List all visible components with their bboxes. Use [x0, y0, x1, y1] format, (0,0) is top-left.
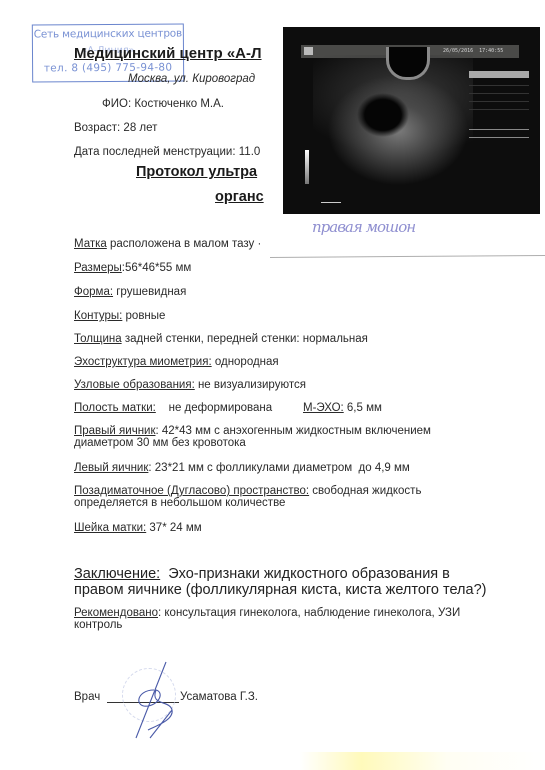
- recommendation-text: : консультация гинеколога, наблюдение ги…: [158, 607, 460, 619]
- divider-line: [270, 255, 545, 258]
- scan-highlight-artifact: [300, 752, 545, 770]
- stamp-line-1: Сеть медицинских центров: [33, 27, 183, 40]
- finding-text-cont: определяется в небольшом количестве: [74, 497, 285, 509]
- finding-right-ovary: Правый яичник: 42*43 мм с анэхогенным жи…: [74, 425, 431, 449]
- handwritten-note: правая мошон: [312, 218, 415, 236]
- ultrasound-measure-1: [469, 122, 529, 130]
- finding-text: : 23*21 мм с фолликулами диаметром до 4,…: [148, 462, 409, 474]
- doctor-label: Врач: [74, 691, 100, 703]
- finding-cervix: Шейка матки: 37* 24 мм: [74, 522, 202, 534]
- finding-uterus: Матка расположена в малом тазу ·: [74, 238, 261, 250]
- finding-text: :56*46*55 мм: [122, 262, 192, 274]
- recommendation-text-cont: контроль: [74, 619, 122, 631]
- finding-shape: Форма: грушевидная: [74, 286, 186, 298]
- patient-name-row: ФИО: Костюченко М.А.: [102, 98, 224, 110]
- finding-label: Форма:: [74, 286, 113, 298]
- patient-name-label: ФИО:: [102, 98, 131, 110]
- recommendation: Рекомендовано: консультация гинеколога, …: [74, 607, 460, 631]
- finding-size: Размеры:56*46*55 мм: [74, 262, 191, 274]
- ultrasound-menu-item: [469, 102, 529, 110]
- clinic-address: Москва, ул. Кировоград: [128, 73, 255, 85]
- ultrasound-grayscale-bar: [305, 150, 309, 184]
- finding-label: Полость матки:: [74, 402, 156, 414]
- m-echo-value: 6,5 мм: [344, 402, 382, 414]
- finding-label: Контуры:: [74, 310, 122, 322]
- finding-label: Левый яичник: [74, 462, 148, 474]
- finding-label: Матка: [74, 238, 107, 250]
- finding-label: Узловые образования:: [74, 379, 195, 391]
- ultrasound-menu-item: [469, 86, 529, 94]
- patient-lmp-label: Дата последней менструации:: [74, 146, 236, 158]
- recommendation-label: Рекомендовано: [74, 607, 158, 619]
- finding-label: Шейка матки:: [74, 522, 146, 534]
- finding-text: : 42*43 мм с анэхогенным жидкостным вклю…: [156, 425, 431, 437]
- conclusion-label: Заключение:: [74, 566, 160, 582]
- ultrasound-image: 26/05/2016 17:40:55: [283, 27, 540, 214]
- finding-left-ovary: Левый яичник: 23*21 мм с фолликулами диа…: [74, 462, 410, 474]
- finding-text: не деформирована: [156, 402, 272, 414]
- finding-text: свободная жидкость: [309, 485, 421, 497]
- patient-lmp-row: Дата последней менструации: 11.0: [74, 146, 260, 158]
- ultrasound-menu: [469, 65, 529, 138]
- ultrasound-menu-item: [469, 78, 529, 86]
- m-echo-label: М-ЭХО:: [303, 402, 344, 414]
- patient-age-label: Возраст:: [74, 122, 120, 134]
- conclusion: Заключение: Эхо-признаки жидкостного обр…: [74, 566, 486, 598]
- clinic-name: Медицинский центр «А-Л: [74, 45, 262, 62]
- ultrasound-scale-marker: [321, 202, 341, 203]
- ultrasound-time: 17:40:55: [479, 48, 503, 54]
- finding-text: грушевидная: [113, 286, 186, 298]
- finding-myometrium: Эхоструктура миометрия: однородная: [74, 356, 279, 368]
- finding-wall-thickness: Толщина задней стенки, передней стенки: …: [74, 333, 368, 345]
- finding-text-cont: диаметром 30 мм без кровотока: [74, 437, 246, 449]
- finding-label: Эхоструктура миометрия:: [74, 356, 212, 368]
- finding-douglas-space: Позадиматочное (Дугласово) пространство:…: [74, 485, 421, 509]
- finding-text: не визуализируются: [195, 379, 306, 391]
- finding-label: Правый яичник: [74, 425, 156, 437]
- finding-label: Позадиматочное (Дугласово) пространство:: [74, 485, 309, 497]
- finding-text: ровные: [122, 310, 165, 322]
- conclusion-text-cont: правом яичнике (фолликулярная киста, кис…: [74, 582, 486, 598]
- finding-label: Размеры: [74, 262, 122, 274]
- patient-lmp: 11.0: [239, 146, 261, 158]
- protocol-title-line-1: Протокол ультра: [136, 164, 257, 180]
- patient-age-row: Возраст: 28 лет: [74, 122, 157, 134]
- signature-mark: [126, 660, 186, 740]
- ultrasound-menu-item: [469, 71, 529, 78]
- patient-name: Костюченко М.А.: [134, 98, 224, 110]
- doctor-name: Усаматова Г.З.: [180, 691, 258, 703]
- finding-contours: Контуры: ровные: [74, 310, 165, 322]
- conclusion-text: Эхо-признаки жидкостного образования в: [160, 566, 450, 582]
- ultrasound-date: 26/05/2016: [443, 48, 473, 54]
- finding-label: Толщина: [74, 333, 122, 345]
- ultrasound-logo-icon: [304, 47, 313, 55]
- finding-cavity: Полость матки: не деформирована: [74, 402, 272, 414]
- finding-text: однородная: [212, 356, 279, 368]
- ultrasound-measure-2: [469, 130, 529, 138]
- finding-text: расположена в малом тазу ·: [107, 238, 262, 250]
- finding-nodules: Узловые образования: не визуализируются: [74, 379, 306, 391]
- protocol-title-line-2: органс: [215, 189, 264, 205]
- patient-age: 28 лет: [123, 122, 157, 134]
- finding-text: 37* 24 мм: [146, 522, 201, 534]
- finding-m-echo: М-ЭХО: 6,5 мм: [303, 402, 382, 414]
- finding-text: задней стенки, передней стенки: нормальн…: [122, 333, 368, 345]
- ultrasound-menu-item: [469, 94, 529, 102]
